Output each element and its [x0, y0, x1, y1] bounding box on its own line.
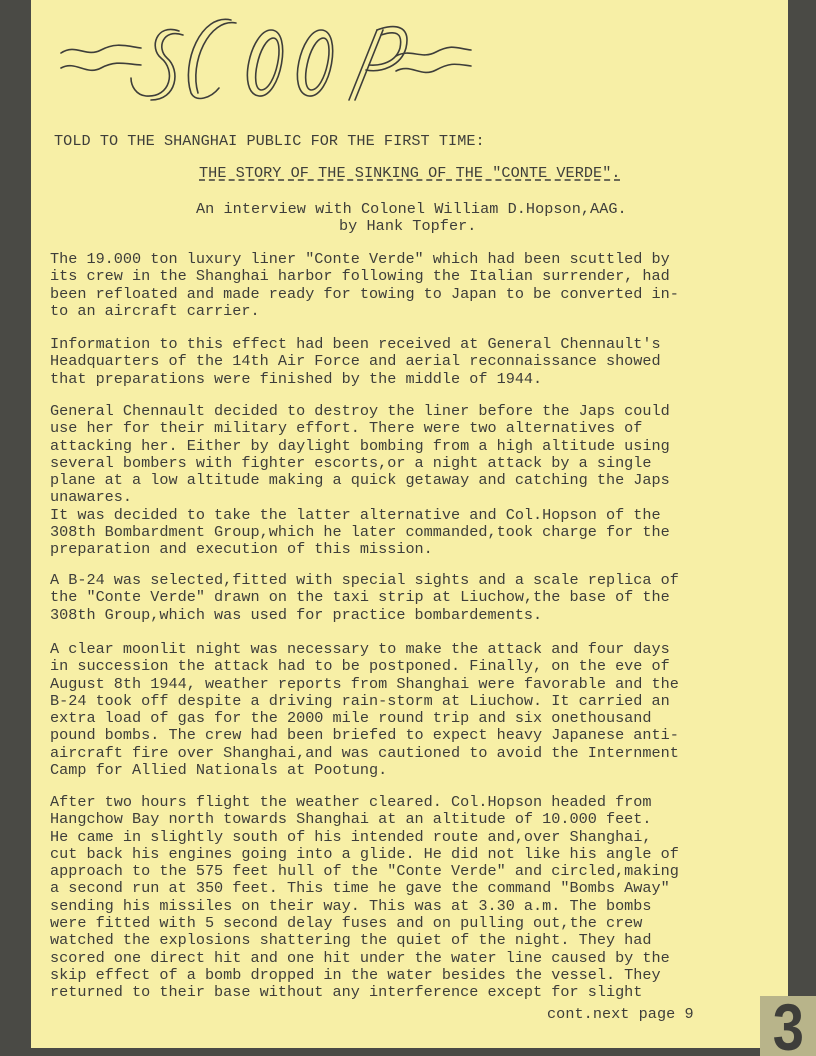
- text-line: 308th Group,which was used for practice …: [50, 607, 679, 624]
- headline: THE STORY OF THE SINKING OF THE "CONTE V…: [199, 165, 621, 182]
- text-line: Hangchow Bay north towards Shanghai at a…: [50, 811, 679, 828]
- paragraph-4: A B-24 was selected,fitted with special …: [50, 572, 679, 624]
- text-line: skip effect of a bomb dropped in the wat…: [50, 967, 679, 984]
- text-line: the "Conte Verde" drawn on the taxi stri…: [50, 589, 679, 606]
- text-line: were fitted with 5 second delay fuses an…: [50, 915, 679, 932]
- continuation-note: cont.next page 9: [547, 1006, 694, 1023]
- text-line: extra load of gas for the 2000 mile roun…: [50, 710, 679, 727]
- page-number: 3: [772, 998, 803, 1056]
- text-line: sending his missiles on their way. This …: [50, 898, 679, 915]
- text-line: been refloated and made ready for towing…: [50, 286, 679, 303]
- text-line: its crew in the Shanghai harbor followin…: [50, 268, 679, 285]
- paragraph-1: The 19.000 ton luxury liner "Conte Verde…: [50, 251, 679, 320]
- text-line: several bombers with fighter escorts,or …: [50, 455, 670, 472]
- text-line: unawares.: [50, 489, 670, 506]
- paragraph-2: Information to this effect had been rece…: [50, 336, 661, 388]
- text-line: plane at a low altitude making a quick g…: [50, 472, 670, 489]
- text-line: in succession the attack had to be postp…: [50, 658, 679, 675]
- text-line: Camp for Allied Nationals at Pootung.: [50, 762, 679, 779]
- text-line: Headquarters of the 14th Air Force and a…: [50, 353, 661, 370]
- paragraph-6: After two hours flight the weather clear…: [50, 794, 679, 1002]
- text-line: approach to the 575 feet hull of the "Co…: [50, 863, 679, 880]
- text-line: 308th Bombardment Group,which he later c…: [50, 524, 670, 541]
- text-line: It was decided to take the latter altern…: [50, 507, 670, 524]
- byline-author: by Hank Topfer.: [339, 218, 476, 235]
- text-line: watched the explosions shattering the qu…: [50, 932, 679, 949]
- text-line: After two hours flight the weather clear…: [50, 794, 679, 811]
- text-line: a second run at 350 feet. This time he g…: [50, 880, 679, 897]
- byline-interviewee: An interview with Colonel William D.Hops…: [196, 201, 627, 218]
- scoop-title-lettering: [31, 8, 788, 108]
- text-line: cut back his engines going into a glide.…: [50, 846, 679, 863]
- text-line: scored one direct hit and one hit under …: [50, 950, 679, 967]
- text-line: August 8th 1944, weather reports from Sh…: [50, 676, 679, 693]
- text-line: that preparations were finished by the m…: [50, 371, 661, 388]
- text-line: Information to this effect had been rece…: [50, 336, 661, 353]
- page-number-badge: 3: [760, 996, 816, 1056]
- text-line: pound bombs. The crew had been briefed t…: [50, 727, 679, 744]
- wave-left-top: [61, 45, 141, 53]
- text-line: He came in slightly south of his intende…: [50, 829, 679, 846]
- kicker: TOLD TO THE SHANGHAI PUBLIC FOR THE FIRS…: [54, 133, 485, 150]
- text-line: The 19.000 ton luxury liner "Conte Verde…: [50, 251, 679, 268]
- text-line: use her for their military effort. There…: [50, 420, 670, 437]
- text-line: B-24 took off despite a driving rain-sto…: [50, 693, 679, 710]
- text-line: aircraft fire over Shanghai,and was caut…: [50, 745, 679, 762]
- text-line: to an aircraft carrier.: [50, 303, 679, 320]
- text-line: A clear moonlit night was necessary to m…: [50, 641, 679, 658]
- masthead: [31, 8, 788, 108]
- paragraph-3: General Chennault decided to destroy the…: [50, 403, 670, 559]
- paragraph-5: A clear moonlit night was necessary to m…: [50, 641, 679, 779]
- text-line: A B-24 was selected,fitted with special …: [50, 572, 679, 589]
- text-line: preparation and execution of this missio…: [50, 541, 670, 558]
- text-line: attacking her. Either by daylight bombin…: [50, 438, 670, 455]
- document-page: TOLD TO THE SHANGHAI PUBLIC FOR THE FIRS…: [31, 0, 788, 1048]
- text-line: returned to their base without any inter…: [50, 984, 679, 1001]
- text-line: General Chennault decided to destroy the…: [50, 403, 670, 420]
